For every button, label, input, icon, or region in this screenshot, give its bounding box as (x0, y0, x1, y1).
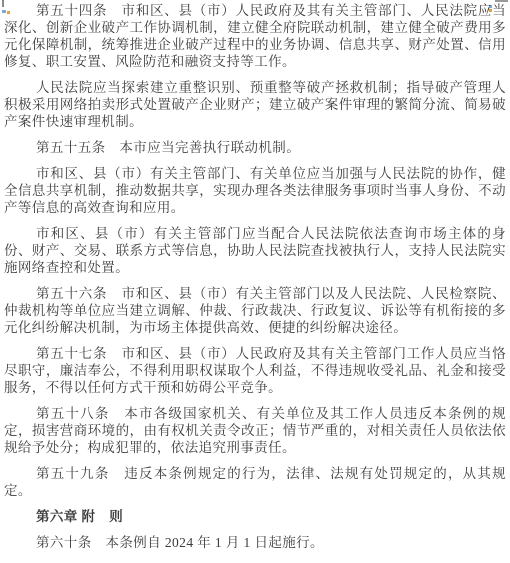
article-57-paragraph: 第五十七条 市和区、县（市）人民政府及其有关主管部门工作人员应当恪尽职守，廉洁奉… (4, 345, 506, 396)
article-54-paragraph-2: 人民法院应当探索建立重整识别、预重整等破产拯救机制；指导破产管理人积极采用网络拍… (4, 79, 506, 130)
document-text-area: 第五十四条 市和区、县（市）人民政府及其有关主管部门、人民法院应当深化、创新企业… (4, 2, 506, 560)
article-55-paragraph-2: 市和区、县（市）有关主管部门、有关单位应当加强与人民法院的协作，健全信息共享机制… (4, 165, 506, 216)
article-55-paragraph-3: 市和区、县（市）有关主管部门应当配合人民法院依法查询市场主体的身份、财产、交易、… (4, 225, 506, 276)
article-58-paragraph: 第五十八条 本市各级国家机关、有关单位及其工作人员违反本条例的规定，损害营商环境… (4, 405, 506, 456)
article-55-paragraph: 第五十五条 本市应当完善执行联动机制。 (4, 139, 506, 156)
article-60-paragraph: 第六十条 本条例自 2024 年 1 月 1 日起施行。 (4, 534, 506, 551)
chapter-6-heading: 第六章 附 则 (4, 508, 506, 525)
article-54-paragraph: 第五十四条 市和区、县（市）人民政府及其有关主管部门、人民法院应当深化、创新企业… (4, 2, 506, 70)
article-56-paragraph: 第五十六条 市和区、县（市）有关主管部门以及人民法院、人民检察院、仲裁机构等单位… (4, 285, 506, 336)
article-59-paragraph: 第五十九条 违反本条例规定的行为，法律、法规有处罚规定的，从其规定。 (4, 465, 506, 499)
